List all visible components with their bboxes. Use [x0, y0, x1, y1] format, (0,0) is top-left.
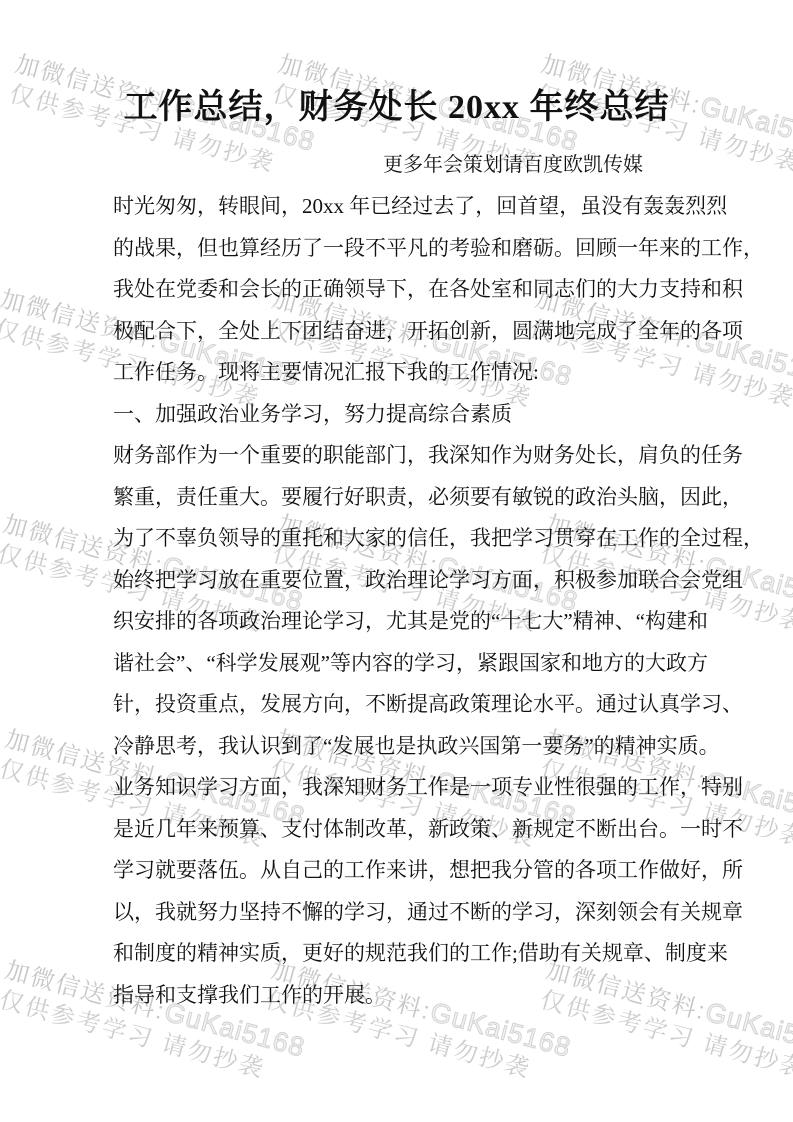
body-line: 是近几年来预算、支付体制改革，新政策、新规定不断出台。一时不	[113, 809, 683, 851]
body-line: 指导和支撑我们工作的开展。	[113, 975, 683, 1017]
body-line: 极配合下，全处上下团结奋进，开拓创新，圆满地完成了全年的各项	[113, 311, 683, 353]
body-line: 冷静思考，我认识到了“发展也是执政兴国第一要务”的精神实质。	[113, 726, 683, 768]
body-line: 学习就要落伍。从自己的工作来讲，想把我分管的各项工作做好，所	[113, 850, 683, 892]
document-title: 工作总结，财务处长 20xx 年终总结	[0, 84, 793, 132]
body-line: 工作任务。现将主要情况汇报下我的工作情况:	[113, 352, 683, 394]
body-line: 始终把学习放在重要位置，政治理论学习方面，积极参加联合会党组	[113, 560, 683, 602]
body-line: 时光匆匆，转眼间，20xx 年已经过去了，回首望，虽没有轰轰烈烈	[113, 186, 683, 228]
body-line: 我处在党委和会长的正确领导下，在各处室和同志们的大力支持和积	[113, 269, 683, 311]
body-line: 繁重，责任重大。要履行好职责，必须要有敏锐的政治头脑，因此，	[113, 477, 683, 519]
body-line: 财务部作为一个重要的职能部门，我深知作为财务处长，肩负的任务	[113, 435, 683, 477]
body-line: 的战果，但也算经历了一段不平凡的考验和磨砺。回顾一年来的工作，	[113, 228, 683, 270]
body-line: 针，投资重点，发展方向，不断提高政策理论水平。通过认真学习、	[113, 684, 683, 726]
document-content: 工作总结，财务处长 20xx 年终总结 更多年会策划请百度欧凯传媒 时光匆匆，转…	[0, 0, 793, 1122]
document-page: 加微信送资料:GuKai5168仅供参考学习 请勿抄袭加微信送资料:GuKai5…	[0, 0, 793, 1122]
body-line: 谐社会”、“科学发展观”等内容的学习，紧跟国家和地方的大政方	[113, 643, 683, 685]
body-line: 业务知识学习方面，我深知财务工作是一项专业性很强的工作，特别	[113, 767, 683, 809]
body-line: 以，我就努力坚持不懈的学习，通过不断的学习，深刻领会有关规章	[113, 892, 683, 934]
section-heading: 一、加强政治业务学习，努力提高综合素质	[113, 394, 683, 436]
body-line: 为了不辜负领导的重托和大家的信任，我把学习贯穿在工作的全过程，	[113, 518, 683, 560]
document-body: 时光匆匆，转眼间，20xx 年已经过去了，回首望，虽没有轰轰烈烈 的战果，但也算…	[113, 186, 683, 1016]
document-subtitle: 更多年会策划请百度欧凯传媒	[113, 150, 683, 180]
body-line: 织安排的各项政治理论学习，尤其是党的“十七大”精神、“构建和	[113, 601, 683, 643]
body-line: 和制度的精神实质，更好的规范我们的工作;借助有关规章、制度来	[113, 933, 683, 975]
